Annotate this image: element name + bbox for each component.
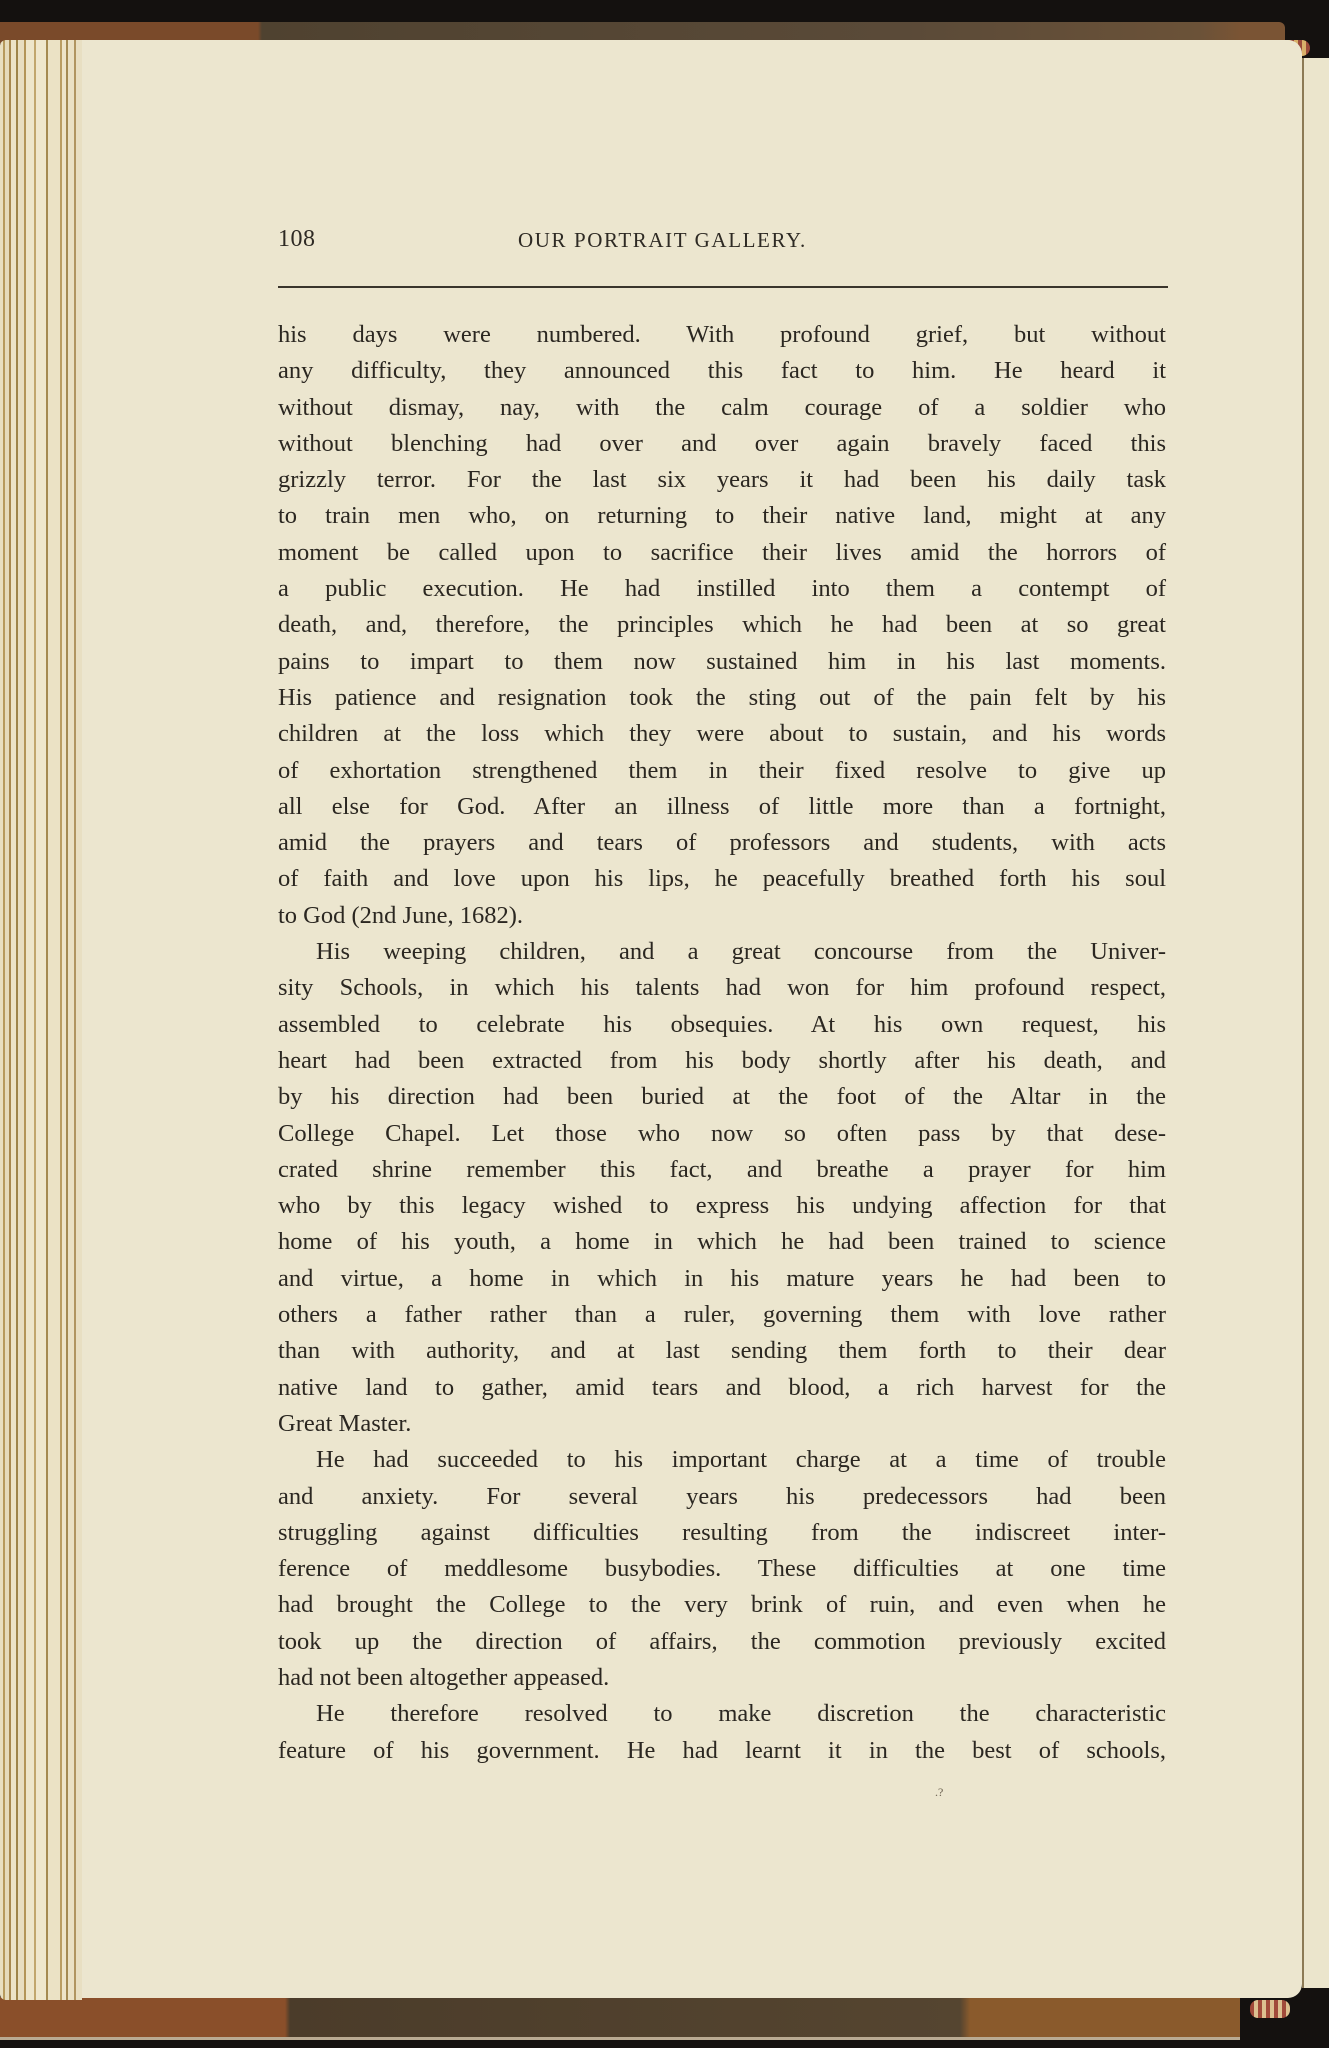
- text-line: and anxiety. For several years his prede…: [278, 1479, 1166, 1515]
- running-title: OUR PORTRAIT GALLERY.: [518, 228, 807, 253]
- running-head: 108 OUR PORTRAIT GALLERY.: [278, 226, 1168, 256]
- text-line: others a father rather than a ruler, gov…: [278, 1297, 1166, 1333]
- text-line: by his direction had been buried at the …: [278, 1079, 1166, 1115]
- text-line: all else for God. After an illness of li…: [278, 789, 1166, 825]
- text-line: to train men who, on returning to their …: [278, 498, 1166, 534]
- text-line: He therefore resolved to make discretion…: [278, 1696, 1166, 1732]
- text-line: had not been altogether appeased.: [278, 1660, 1166, 1696]
- text-line: His weeping children, and a great concou…: [278, 934, 1166, 970]
- facing-page-edge: [1302, 58, 1329, 1988]
- text-line: home of his youth, a home in which he ha…: [278, 1224, 1166, 1260]
- text-line: children at the loss which they were abo…: [278, 716, 1166, 752]
- text-line: death, and, therefore, the principles wh…: [278, 607, 1166, 643]
- body-text: his days were numbered. With profound gr…: [278, 317, 1166, 1769]
- text-line: assembled to celebrate his obsequies. At…: [278, 1007, 1166, 1043]
- text-line: College Chapel. Let those who now so oft…: [278, 1116, 1166, 1152]
- text-line: struggling against difficulties resultin…: [278, 1515, 1166, 1551]
- text-line: crated shrine remember this fact, and br…: [278, 1152, 1166, 1188]
- page-number: 108: [278, 226, 316, 253]
- text-line: moment be called upon to sacrifice their…: [278, 535, 1166, 571]
- text-line: of exhortation strengthened them in thei…: [278, 753, 1166, 789]
- text-line: ference of meddlesome busybodies. These …: [278, 1551, 1166, 1587]
- text-line: native land to gather, amid tears and bl…: [278, 1370, 1166, 1406]
- headband-bottom: [1250, 2000, 1290, 2018]
- text-line: heart had been extracted from his body s…: [278, 1043, 1166, 1079]
- text-line: any difficulty, they announced this fact…: [278, 353, 1166, 389]
- text-line: than with authority, and at last sending…: [278, 1333, 1166, 1369]
- text-line: of faith and love upon his lips, he peac…: [278, 861, 1166, 897]
- text-line: feature of his government. He had learnt…: [278, 1733, 1166, 1769]
- text-line: and virtue, a home in which in his matur…: [278, 1261, 1166, 1297]
- header-rule: [278, 286, 1168, 288]
- text-line: Great Master.: [278, 1406, 1166, 1442]
- text-line: to God (2nd June, 1682).: [278, 898, 1166, 934]
- text-line: without blenching had over and over agai…: [278, 426, 1166, 462]
- text-line: a public execution. He had instilled int…: [278, 571, 1166, 607]
- text-line: His patience and resignation took the st…: [278, 680, 1166, 716]
- text-line: amid the prayers and tears of professors…: [278, 825, 1166, 861]
- text-line: grizzly terror. For the last six years i…: [278, 462, 1166, 498]
- text-line: He had succeeded to his important charge…: [278, 1442, 1166, 1478]
- text-line: sity Schools, in which his talents had w…: [278, 970, 1166, 1006]
- signature-mark: .?: [935, 1785, 943, 1800]
- text-line: who by this legacy wished to express his…: [278, 1188, 1166, 1224]
- text-line: without dismay, nay, with the calm coura…: [278, 390, 1166, 426]
- page-edges-left: [0, 40, 82, 2000]
- text-line: had brought the College to the very brin…: [278, 1587, 1166, 1623]
- text-line: took up the direction of affairs, the co…: [278, 1624, 1166, 1660]
- book-binding-bottom: [0, 1997, 1240, 2040]
- text-line: his days were numbered. With profound gr…: [278, 317, 1166, 353]
- text-line: pains to impart to them now sustained hi…: [278, 644, 1166, 680]
